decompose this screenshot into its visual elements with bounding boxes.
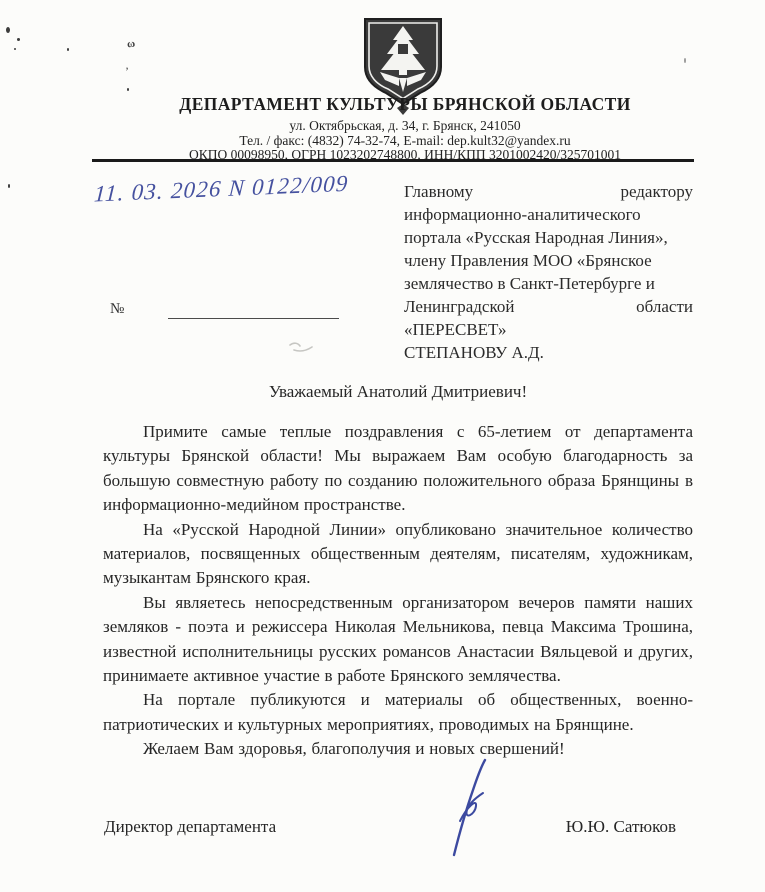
salutation: Уважаемый Анатолий Дмитриевич! [103, 382, 693, 402]
org-address: ул. Октябрьская, д. 34, г. Брянск, 24105… [60, 119, 750, 134]
scan-speck [14, 48, 16, 50]
scan-speck [127, 88, 129, 91]
scan-speck [684, 58, 686, 63]
recipient-text: области [636, 295, 693, 318]
letter-body: Примите самые теплые поздравления с 65-л… [103, 420, 693, 762]
scan-speck [17, 38, 20, 41]
signer-name: Ю.Ю. Сатюков [566, 817, 676, 837]
ink-mark: ω [126, 38, 134, 51]
body-paragraph: Примите самые теплые поздравления с 65-л… [103, 420, 693, 518]
recipient-text: Ленинградской [404, 295, 514, 318]
recipient-text: Главному [404, 180, 473, 203]
recipient-line: члену Правления МОО «Брянское [404, 249, 693, 272]
recipient-line: информационно-аналитического [404, 203, 693, 226]
number-sign: № [110, 301, 124, 318]
letterhead: ДЕПАРТАМЕНТ КУЛЬТУРЫ БРЯНСКОЙ ОБЛАСТИ ул… [60, 94, 750, 163]
signature-row: Директор департамента Ю.Ю. Сатюков [104, 817, 676, 837]
header-divider [92, 159, 694, 162]
recipient-line: портала «Русская Народная Линия», [404, 226, 693, 249]
recipient-line: Главному редактору [404, 180, 693, 203]
recipient-line: Ленинградской области [404, 295, 693, 318]
body-paragraph: Желаем Вам здоровья, благополучия и новы… [103, 737, 693, 761]
org-contacts: Тел. / факс: (4832) 74-32-74, E-mail: de… [60, 134, 750, 149]
scan-smudge [288, 341, 314, 353]
recipient-line: землячество в Санкт-Петербурге и [404, 272, 693, 295]
number-blank-line [168, 318, 339, 319]
org-name: ДЕПАРТАМЕНТ КУЛЬТУРЫ БРЯНСКОЙ ОБЛАСТИ [60, 94, 750, 115]
body-paragraph: Вы являетесь непосредственным организато… [103, 591, 693, 689]
recipient-line: СТЕПАНОВУ А.Д. [404, 341, 693, 364]
recipient-line: «ПЕРЕСВЕТ» [404, 318, 693, 341]
recipient-block: Главному редактору информационно-аналити… [404, 180, 693, 364]
handwritten-signature-icon [436, 757, 492, 857]
signer-position: Директор департамента [104, 817, 276, 837]
ink-mark: ’ [125, 64, 129, 79]
handwritten-date-number: 11. 03. 2026 N 0122/009 [93, 171, 354, 208]
scanned-letter-page: ДЕПАРТАМЕНТ КУЛЬТУРЫ БРЯНСКОЙ ОБЛАСТИ ул… [0, 0, 765, 892]
scan-speck [8, 184, 10, 188]
body-paragraph: На «Русской Народной Линии» опубликовано… [103, 518, 693, 591]
scan-speck [67, 48, 69, 51]
recipient-text: редактору [620, 180, 693, 203]
body-paragraph: На портале публикуются и материалы об об… [103, 688, 693, 737]
scan-speck [6, 27, 10, 33]
